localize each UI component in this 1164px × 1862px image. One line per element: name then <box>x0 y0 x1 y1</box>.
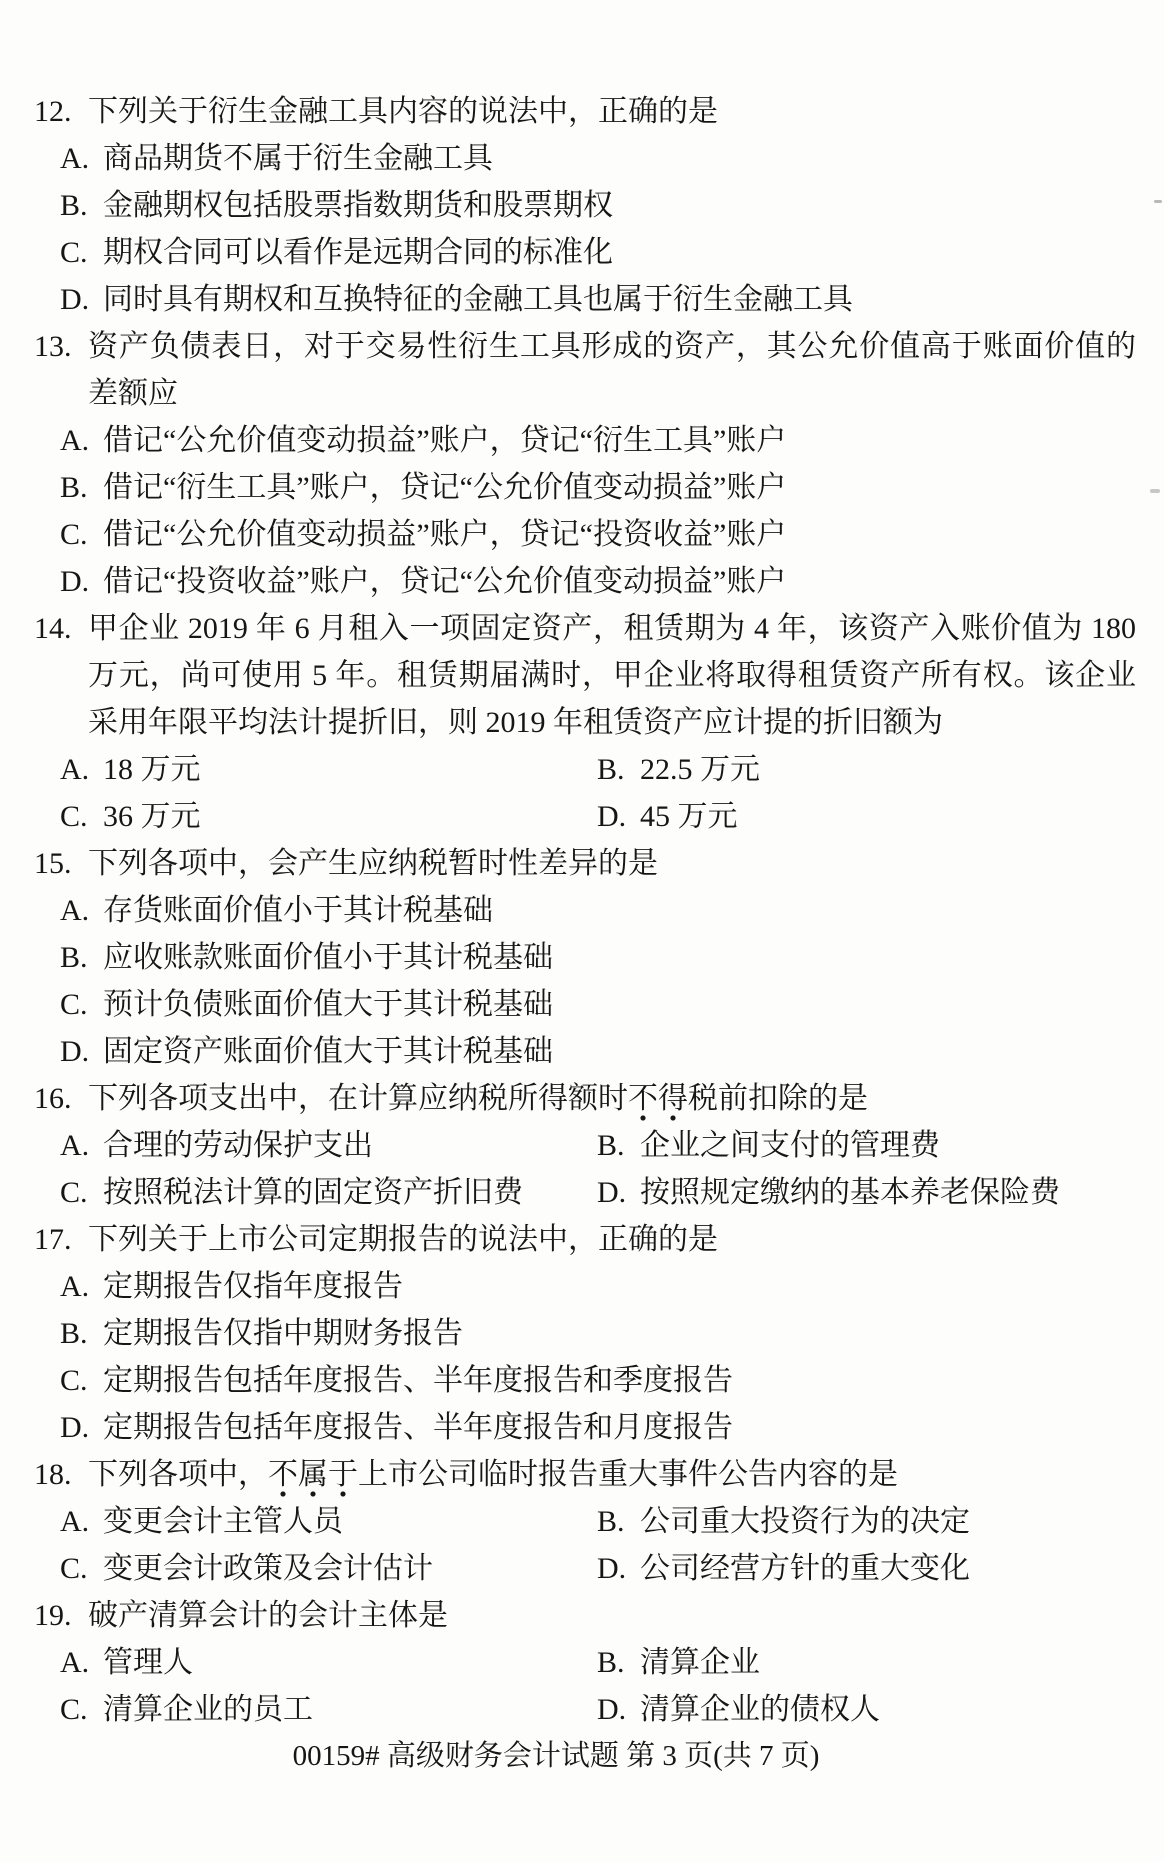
question-16: 16. 下列各项支出中，在计算应纳税所得额时不得税前扣除的是 A. 合理的劳动保… <box>0 1075 1164 1216</box>
option-row-ab: A. 18 万元 B. 22.5 万元 <box>0 746 1164 793</box>
option-text: 存货账面价值小于其计税基础 <box>103 887 493 934</box>
option-text: 18 万元 <box>103 746 201 793</box>
question-stem-row: 17. 下列关于上市公司定期报告的说法中，正确的是 <box>0 1216 1164 1263</box>
stem-text: 下列各项中， <box>88 1458 268 1491</box>
option-letter: D. <box>597 1169 640 1216</box>
emphasized-text: 不属于 <box>268 1458 358 1497</box>
stem-text: 下列关于衍生金融工具内容的说法中，正确的是 <box>88 95 718 128</box>
option-d: D. 公司经营方针的重大变化 <box>597 1545 970 1592</box>
option-row-cd: C. 变更会计政策及会计估计 D. 公司经营方针的重大变化 <box>0 1545 1164 1592</box>
option-letter: D. <box>597 793 640 840</box>
option-text: 定期报告仅指中期财务报告 <box>103 1310 463 1357</box>
scan-artifact <box>1154 200 1162 203</box>
option-a: A. 商品期货不属于衍生金融工具 <box>0 135 1164 182</box>
question-stem: 下列各项支出中，在计算应纳税所得额时不得税前扣除的是 <box>88 1082 868 1121</box>
option-text: 同时具有期权和互换特征的金融工具也属于衍生金融工具 <box>103 276 853 323</box>
option-letter: A. <box>60 417 103 464</box>
option-c: C. 期权合同可以看作是远期合同的标准化 <box>0 229 1164 276</box>
option-text: 按照规定缴纳的基本养老保险费 <box>640 1169 1060 1216</box>
option-b: B. 企业之间支付的管理费 <box>597 1122 940 1169</box>
question-stem: 下列各项中，不属于上市公司临时报告重大事件公告内容的是 <box>88 1458 898 1497</box>
option-text: 定期报告仅指年度报告 <box>103 1263 403 1310</box>
option-c: C. 借记“公允价值变动损益”账户，贷记“投资收益”账户 <box>0 511 1164 558</box>
stem-text: 下列关于上市公司定期报告的说法中，正确的是 <box>88 1223 718 1256</box>
option-letter: C. <box>60 1545 103 1592</box>
option-row-ab: A. 管理人 B. 清算企业 <box>0 1639 1164 1686</box>
option-d: D. 借记“投资收益”账户，贷记“公允价值变动损益”账户 <box>0 558 1164 605</box>
option-a: A. 管理人 <box>60 1639 597 1686</box>
option-d: D. 45 万元 <box>597 793 738 840</box>
option-letter: A. <box>60 887 103 934</box>
question-number: 15. <box>34 840 72 887</box>
option-c: C. 清算企业的员工 <box>60 1686 597 1733</box>
question-17: 17. 下列关于上市公司定期报告的说法中，正确的是 A. 定期报告仅指年度报告 … <box>0 1216 1164 1451</box>
question-15: 15. 下列各项中，会产生应纳税暂时性差异的是 A. 存货账面价值小于其计税基础… <box>0 840 1164 1075</box>
option-text: 借记“公允价值变动损益”账户，贷记“投资收益”账户 <box>103 511 786 558</box>
option-b: B. 定期报告仅指中期财务报告 <box>0 1310 1164 1357</box>
option-c: C. 定期报告包括年度报告、半年度报告和季度报告 <box>0 1357 1164 1404</box>
option-text: 按照税法计算的固定资产折旧费 <box>103 1169 523 1216</box>
option-letter: B. <box>60 1310 103 1357</box>
stem-text: 资产负债表日，对于交易性衍生工具形成的资产，其公允价值高于账面价值的差额应 <box>88 330 1136 410</box>
option-letter: B. <box>597 1122 640 1169</box>
question-stem: 资产负债表日，对于交易性衍生工具形成的资产，其公允价值高于账面价值的差额应 <box>88 330 1136 410</box>
option-letter: B. <box>597 1498 640 1545</box>
option-letter: C. <box>60 229 103 276</box>
option-text: 管理人 <box>103 1639 193 1686</box>
option-text: 公司重大投资行为的决定 <box>640 1498 970 1545</box>
question-stem: 下列关于上市公司定期报告的说法中，正确的是 <box>88 1223 718 1256</box>
question-number: 19. <box>34 1592 72 1639</box>
option-a: A. 变更会计主管人员 <box>60 1498 597 1545</box>
emphasized-text: 不得 <box>628 1082 688 1121</box>
option-letter: B. <box>60 934 103 981</box>
option-text: 45 万元 <box>640 793 738 840</box>
question-stem: 下列关于衍生金融工具内容的说法中，正确的是 <box>88 95 718 128</box>
option-b: B. 应收账款账面价值小于其计税基础 <box>0 934 1164 981</box>
option-c: C. 按照税法计算的固定资产折旧费 <box>60 1169 597 1216</box>
option-a: A. 存货账面价值小于其计税基础 <box>0 887 1164 934</box>
question-14: 14. 甲企业 2019 年 6 月租入一项固定资产，租赁期为 4 年，该资产入… <box>0 605 1164 840</box>
option-text: 借记“投资收益”账户，贷记“公允价值变动损益”账户 <box>103 558 786 605</box>
option-text: 清算企业的员工 <box>103 1686 313 1733</box>
option-d: D. 清算企业的债权人 <box>597 1686 880 1733</box>
option-row-ab: A. 变更会计主管人员 B. 公司重大投资行为的决定 <box>0 1498 1164 1545</box>
question-number: 18. <box>34 1451 72 1498</box>
option-letter: B. <box>60 464 103 511</box>
option-text: 清算企业的债权人 <box>640 1686 880 1733</box>
option-text: 企业之间支付的管理费 <box>640 1122 940 1169</box>
question-stem: 破产清算会计的会计主体是 <box>88 1599 448 1632</box>
option-letter: B. <box>597 1639 640 1686</box>
option-b: B. 借记“衍生工具”账户，贷记“公允价值变动损益”账户 <box>0 464 1164 511</box>
option-letter: A. <box>60 1122 103 1169</box>
option-c: C. 预计负债账面价值大于其计税基础 <box>0 981 1164 1028</box>
option-text: 变更会计主管人员 <box>103 1498 343 1545</box>
question-stem-row: 16. 下列各项支出中，在计算应纳税所得额时不得税前扣除的是 <box>0 1075 1164 1122</box>
option-letter: D. <box>597 1686 640 1733</box>
option-letter: D. <box>60 558 103 605</box>
question-number: 17. <box>34 1216 72 1263</box>
question-stem: 下列各项中，会产生应纳税暂时性差异的是 <box>88 847 658 880</box>
exam-paper-page: 12. 下列关于衍生金融工具内容的说法中，正确的是 A. 商品期货不属于衍生金融… <box>0 0 1164 1862</box>
option-text: 22.5 万元 <box>640 746 760 793</box>
option-letter: C. <box>60 1169 103 1216</box>
stem-text: 破产清算会计的会计主体是 <box>88 1599 448 1632</box>
page-footer: 00159# 高级财务会计试题 第 3 页(共 7 页) <box>0 1733 1138 1780</box>
option-text: 合理的劳动保护支出 <box>103 1122 373 1169</box>
option-c: C. 变更会计政策及会计估计 <box>60 1545 597 1592</box>
option-d: D. 定期报告包括年度报告、半年度报告和月度报告 <box>0 1404 1164 1451</box>
question-12: 12. 下列关于衍生金融工具内容的说法中，正确的是 A. 商品期货不属于衍生金融… <box>0 88 1164 323</box>
option-text: 固定资产账面价值大于其计税基础 <box>103 1028 553 1075</box>
stem-text: 税前扣除的是 <box>688 1082 868 1115</box>
option-letter: A. <box>60 135 103 182</box>
option-row-ab: A. 合理的劳动保护支出 B. 企业之间支付的管理费 <box>0 1122 1164 1169</box>
option-d: D. 按照规定缴纳的基本养老保险费 <box>597 1169 1060 1216</box>
question-stem-row: 19. 破产清算会计的会计主体是 <box>0 1592 1164 1639</box>
question-number: 14. <box>34 605 72 652</box>
question-18: 18. 下列各项中，不属于上市公司临时报告重大事件公告内容的是 A. 变更会计主… <box>0 1451 1164 1592</box>
question-19: 19. 破产清算会计的会计主体是 A. 管理人 B. 清算企业 C. 清算企业的… <box>0 1592 1164 1733</box>
option-text: 36 万元 <box>103 793 201 840</box>
option-b: B. 22.5 万元 <box>597 746 760 793</box>
option-letter: C. <box>60 1686 103 1733</box>
stem-text: 下列各项支出中，在计算应纳税所得额时 <box>88 1082 628 1115</box>
option-letter: B. <box>597 746 640 793</box>
stem-text: 上市公司临时报告重大事件公告内容的是 <box>358 1458 898 1491</box>
option-text: 应收账款账面价值小于其计税基础 <box>103 934 553 981</box>
question-stem-row: 12. 下列关于衍生金融工具内容的说法中，正确的是 <box>0 88 1164 135</box>
option-letter: D. <box>597 1545 640 1592</box>
question-number: 13. <box>34 323 72 370</box>
option-letter: A. <box>60 1498 103 1545</box>
option-letter: D. <box>60 1028 103 1075</box>
stem-text: 甲企业 2019 年 6 月租入一项固定资产，租赁期为 4 年，该资产入账价值为… <box>88 612 1136 739</box>
option-text: 定期报告包括年度报告、半年度报告和月度报告 <box>103 1404 733 1451</box>
question-stem-row: 13. 资产负债表日，对于交易性衍生工具形成的资产，其公允价值高于账面价值的差额… <box>0 323 1164 417</box>
option-row-cd: C. 按照税法计算的固定资产折旧费 D. 按照规定缴纳的基本养老保险费 <box>0 1169 1164 1216</box>
option-letter: A. <box>60 746 103 793</box>
option-text: 预计负债账面价值大于其计税基础 <box>103 981 553 1028</box>
question-number: 12. <box>34 88 72 135</box>
stem-text: 下列各项中，会产生应纳税暂时性差异的是 <box>88 847 658 880</box>
option-a: A. 18 万元 <box>60 746 597 793</box>
question-stem-row: 14. 甲企业 2019 年 6 月租入一项固定资产，租赁期为 4 年，该资产入… <box>0 605 1164 746</box>
option-letter: D. <box>60 276 103 323</box>
option-text: 清算企业 <box>640 1639 760 1686</box>
option-a: A. 定期报告仅指年度报告 <box>0 1263 1164 1310</box>
option-b: B. 金融期权包括股票指数期货和股票期权 <box>0 182 1164 229</box>
scan-artifact <box>1150 489 1160 493</box>
option-b: B. 公司重大投资行为的决定 <box>597 1498 970 1545</box>
option-text: 期权合同可以看作是远期合同的标准化 <box>103 229 613 276</box>
option-text: 商品期货不属于衍生金融工具 <box>103 135 493 182</box>
option-d: D. 固定资产账面价值大于其计税基础 <box>0 1028 1164 1075</box>
exam-content: 12. 下列关于衍生金融工具内容的说法中，正确的是 A. 商品期货不属于衍生金融… <box>0 0 1164 1780</box>
option-letter: C. <box>60 793 103 840</box>
option-text: 定期报告包括年度报告、半年度报告和季度报告 <box>103 1357 733 1404</box>
option-c: C. 36 万元 <box>60 793 597 840</box>
question-stem-row: 15. 下列各项中，会产生应纳税暂时性差异的是 <box>0 840 1164 887</box>
question-stem-row: 18. 下列各项中，不属于上市公司临时报告重大事件公告内容的是 <box>0 1451 1164 1498</box>
question-number: 16. <box>34 1075 72 1122</box>
option-letter: B. <box>60 182 103 229</box>
option-letter: D. <box>60 1404 103 1451</box>
option-row-cd: C. 清算企业的员工 D. 清算企业的债权人 <box>0 1686 1164 1733</box>
option-d: D. 同时具有期权和互换特征的金融工具也属于衍生金融工具 <box>0 276 1164 323</box>
option-letter: A. <box>60 1263 103 1310</box>
option-letter: A. <box>60 1639 103 1686</box>
option-text: 金融期权包括股票指数期货和股票期权 <box>103 182 613 229</box>
option-row-cd: C. 36 万元 D. 45 万元 <box>0 793 1164 840</box>
option-letter: C. <box>60 981 103 1028</box>
option-letter: C. <box>60 511 103 558</box>
option-text: 公司经营方针的重大变化 <box>640 1545 970 1592</box>
option-letter: C. <box>60 1357 103 1404</box>
option-text: 借记“公允价值变动损益”账户，贷记“衍生工具”账户 <box>103 417 786 464</box>
option-a: A. 合理的劳动保护支出 <box>60 1122 597 1169</box>
question-stem: 甲企业 2019 年 6 月租入一项固定资产，租赁期为 4 年，该资产入账价值为… <box>88 612 1136 739</box>
option-text: 变更会计政策及会计估计 <box>103 1545 433 1592</box>
question-13: 13. 资产负债表日，对于交易性衍生工具形成的资产，其公允价值高于账面价值的差额… <box>0 323 1164 605</box>
option-text: 借记“衍生工具”账户，贷记“公允价值变动损益”账户 <box>103 464 786 511</box>
option-a: A. 借记“公允价值变动损益”账户，贷记“衍生工具”账户 <box>0 417 1164 464</box>
option-b: B. 清算企业 <box>597 1639 760 1686</box>
